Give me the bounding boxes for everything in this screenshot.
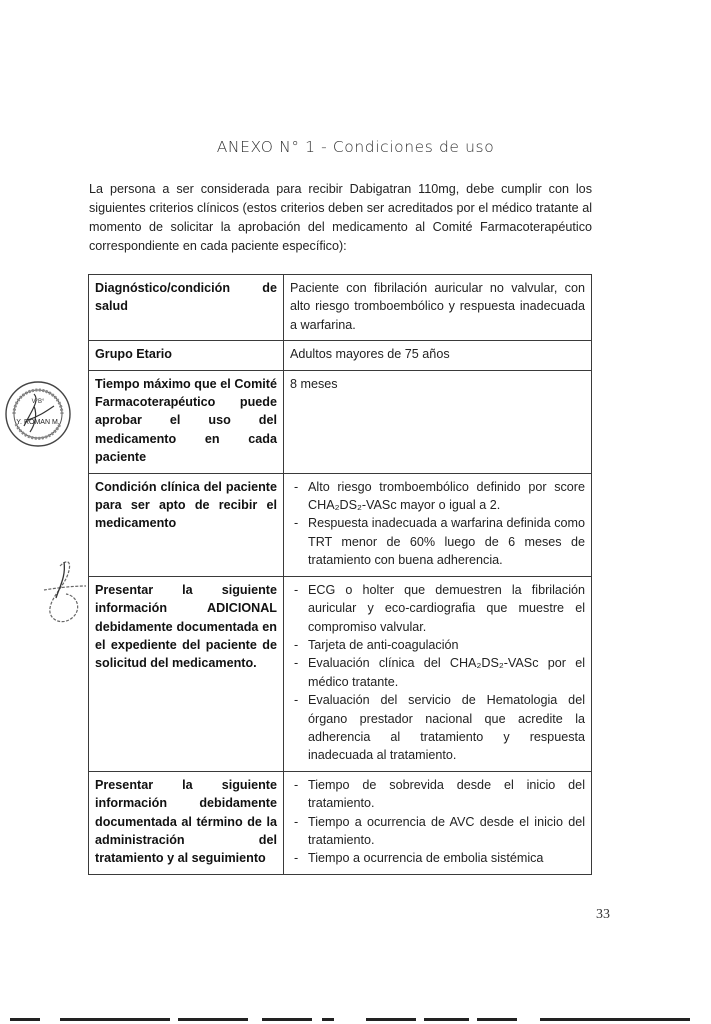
table-row: Presentar la siguiente información debid…: [89, 771, 592, 874]
row-value: Tiempo de sobrevida desde el inicio del …: [284, 771, 592, 874]
list-item: Tiempo a ocurrencia de AVC desde el inic…: [290, 813, 585, 850]
row-value: Alto riesgo tromboembólico definido por …: [284, 473, 592, 576]
table-row: Presentar la siguiente información ADICI…: [89, 576, 592, 771]
intro-paragraph: La persona a ser considerada para recibi…: [89, 180, 592, 256]
row-label: Grupo Etario: [89, 341, 284, 370]
stamp-small-text: V°B°: [32, 399, 45, 405]
criteria-list: Alto riesgo tromboembólico definido por …: [290, 478, 585, 570]
criteria-list: Tiempo de sobrevida desde el inicio del …: [290, 776, 585, 868]
criteria-list: ECG o holter que demuestren la fibrilaci…: [290, 581, 585, 765]
row-label: Presentar la siguiente información debid…: [89, 771, 284, 874]
row-value: ECG o holter que demuestren la fibrilaci…: [284, 576, 592, 771]
row-label: Tiempo máximo que el Comité Farmacoterap…: [89, 370, 284, 473]
row-value: Paciente con fibrilación auricular no va…: [284, 275, 592, 341]
list-item: Evaluación clínica del CHA₂DS₂-VASc por …: [290, 654, 585, 691]
list-item: Tiempo a ocurrencia de embolia sistémica: [290, 849, 585, 867]
row-value: 8 meses: [284, 370, 592, 473]
row-value: Adultos mayores de 75 años: [284, 341, 592, 370]
row-label: Presentar la siguiente información ADICI…: [89, 576, 284, 771]
stamp-name-text: Y. ROMAN M.: [16, 419, 59, 426]
criteria-table: Diagnóstico/condición de salud Paciente …: [88, 274, 592, 875]
table-row: Condición clínica del paciente para ser …: [89, 473, 592, 576]
table-row: Diagnóstico/condición de salud Paciente …: [89, 275, 592, 341]
list-item: Respuesta inadecuada a warfarina definid…: [290, 514, 585, 569]
list-item: Tarjeta de anti-coagulación: [290, 636, 585, 654]
footer-scan-rule: [0, 1018, 711, 1022]
list-item: Alto riesgo tromboembólico definido por …: [290, 478, 585, 515]
page-title: ANEXO N° 1 - Condiciones de uso: [0, 138, 711, 156]
official-stamp-icon: V°B° Y. ROMAN M.: [4, 380, 72, 448]
page-number: 33: [596, 907, 610, 923]
row-label: Condición clínica del paciente para ser …: [89, 473, 284, 576]
list-item: Evaluación del servicio de Hematologia d…: [290, 691, 585, 765]
list-item: ECG o holter que demuestren la fibrilaci…: [290, 581, 585, 636]
list-item: Tiempo de sobrevida desde el inicio del …: [290, 776, 585, 813]
table-row: Tiempo máximo que el Comité Farmacoterap…: [89, 370, 592, 473]
signature-icon: [38, 556, 98, 632]
table-row: Grupo Etario Adultos mayores de 75 años: [89, 341, 592, 370]
row-label: Diagnóstico/condición de salud: [89, 275, 284, 341]
